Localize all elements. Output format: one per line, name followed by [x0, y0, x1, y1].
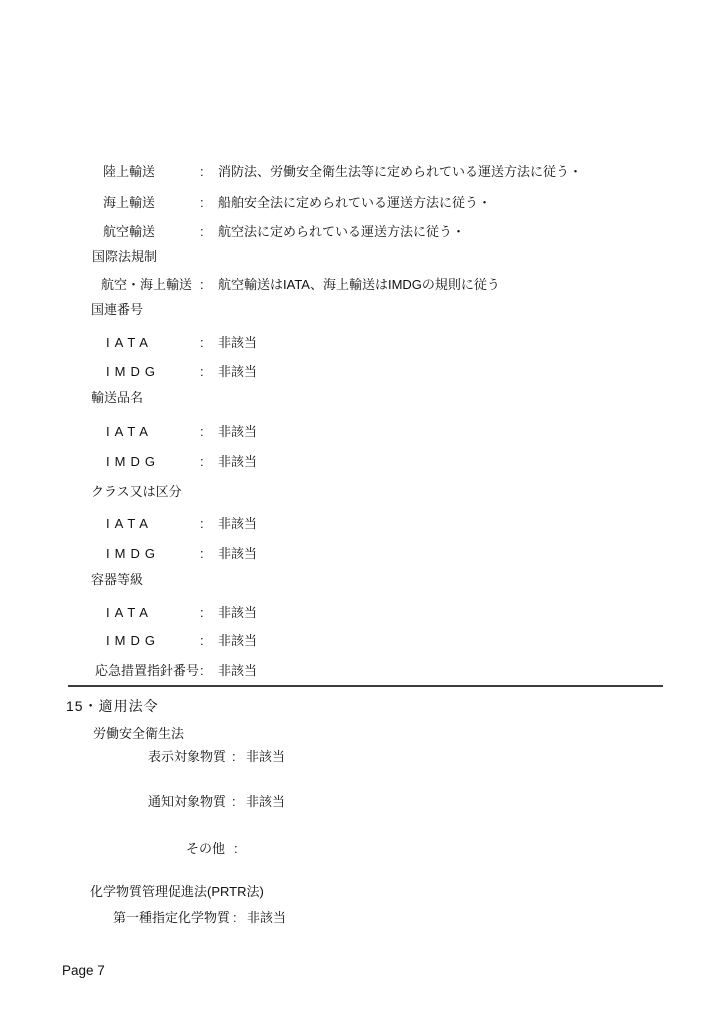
row-label: 輸送品名	[91, 389, 143, 406]
law-row: 通知対象物質 : 非該当	[0, 793, 723, 810]
row-value: 非該当	[218, 545, 257, 562]
row-colon: :	[200, 194, 204, 211]
transport-subheading: 容器等級	[0, 571, 723, 588]
row-value: 非該当	[218, 662, 257, 679]
transport-row: IATA : 非該当	[0, 423, 723, 440]
transport-row: 応急措置指針番号 : 非該当	[0, 662, 723, 679]
row-value: 非該当	[246, 793, 285, 810]
row-value: 非該当	[218, 453, 257, 470]
transport-row: IATA : 非該当	[0, 334, 723, 351]
row-label: 陸上輸送	[103, 163, 155, 180]
row-colon: :	[200, 363, 204, 380]
row-colon: :	[200, 515, 204, 532]
row-label: 応急措置指針番号	[95, 662, 199, 679]
transport-subheading: 国連番号	[0, 301, 723, 318]
row-label: IMDG	[106, 363, 160, 380]
transport-row: 陸上輸送 : 消防法、労働安全衛生法等に定められている運送方法に従う・	[0, 163, 723, 180]
row-label: IATA	[106, 423, 153, 440]
row-value: 非該当	[218, 363, 257, 380]
transport-row: IMDG : 非該当	[0, 545, 723, 562]
row-label: 航空輸送	[103, 223, 155, 240]
row-colon: :	[200, 163, 204, 180]
law-row: 表示対象物質 : 非該当	[0, 748, 723, 765]
row-value: 航空法に定められている運送方法に従う・	[218, 223, 465, 240]
row-colon: :	[200, 632, 204, 649]
row-label: 国連番号	[91, 301, 143, 318]
row-value: 非該当	[218, 515, 257, 532]
row-label: 通知対象物質	[148, 793, 226, 810]
row-label: 海上輸送	[103, 194, 155, 211]
row-label: 第一種指定化学物質	[113, 909, 230, 926]
row-colon: :	[200, 334, 204, 351]
transport-row: IMDG : 非該当	[0, 453, 723, 470]
row-label: クラス又は区分	[91, 483, 182, 500]
row-colon: :	[200, 604, 204, 621]
row-label: IATA	[106, 334, 153, 351]
transport-subheading: クラス又は区分	[0, 483, 723, 500]
row-colon: :	[200, 545, 204, 562]
row-value: 非該当	[218, 604, 257, 621]
law-row: その他 :	[0, 840, 723, 857]
law-row: 第一種指定化学物質 : 非該当	[0, 909, 723, 926]
law-subheading: 化学物質管理促進法(PRTR法)	[0, 883, 723, 900]
transport-subheading: 国際法規制	[0, 248, 723, 265]
transport-row: 航空・海上輸送 : 航空輸送はIATA、海上輸送はIMDGの規則に従う	[0, 276, 723, 293]
transport-subheading: 輸送品名	[0, 389, 723, 406]
row-colon: :	[200, 276, 204, 293]
row-colon: :	[233, 909, 237, 926]
row-label: IATA	[106, 604, 153, 621]
row-colon: :	[200, 423, 204, 440]
row-value: 非該当	[218, 334, 257, 351]
row-label: 容器等級	[91, 571, 143, 588]
row-value: 航空輸送はIATA、海上輸送はIMDGの規則に従う	[218, 276, 500, 293]
transport-row: 海上輸送 : 船舶安全法に定められている運送方法に従う・	[0, 194, 723, 211]
row-label: 労働安全衛生法	[93, 725, 184, 742]
transport-row: IMDG : 非該当	[0, 632, 723, 649]
row-value: 船舶安全法に定められている運送方法に従う・	[218, 194, 491, 211]
transport-row: 航空輸送 : 航空法に定められている運送方法に従う・	[0, 223, 723, 240]
row-label: 航空・海上輸送	[101, 276, 192, 293]
document-page: 陸上輸送 : 消防法、労働安全衛生法等に定められている運送方法に従う・ 海上輸送…	[0, 0, 723, 1024]
section-divider	[68, 685, 663, 687]
row-value: 非該当	[218, 423, 257, 440]
row-label: その他	[186, 840, 225, 857]
row-label: 化学物質管理促進法(PRTR法)	[90, 883, 264, 900]
transport-row: IMDG : 非該当	[0, 363, 723, 380]
row-label: IATA	[106, 515, 153, 532]
row-label: IMDG	[106, 453, 160, 470]
row-colon: :	[200, 662, 204, 679]
transport-row: IATA : 非該当	[0, 515, 723, 532]
row-value: 非該当	[218, 632, 257, 649]
row-colon: :	[234, 840, 238, 857]
row-colon: :	[232, 793, 236, 810]
transport-row: IATA : 非該当	[0, 604, 723, 621]
row-label: 国際法規制	[92, 248, 157, 265]
row-label: IMDG	[106, 545, 160, 562]
section-15-heading: 15・適用法令	[66, 696, 159, 716]
row-label: IMDG	[106, 632, 160, 649]
page-number-footer: Page 7	[62, 963, 105, 978]
row-value: 非該当	[247, 909, 286, 926]
row-label: 表示対象物質	[148, 748, 226, 765]
row-colon: :	[232, 748, 236, 765]
row-value: 非該当	[246, 748, 285, 765]
row-value: 消防法、労働安全衛生法等に定められている運送方法に従う・	[218, 163, 582, 180]
row-colon: :	[200, 453, 204, 470]
law-subheading: 労働安全衛生法	[0, 725, 723, 742]
row-colon: :	[200, 223, 204, 240]
